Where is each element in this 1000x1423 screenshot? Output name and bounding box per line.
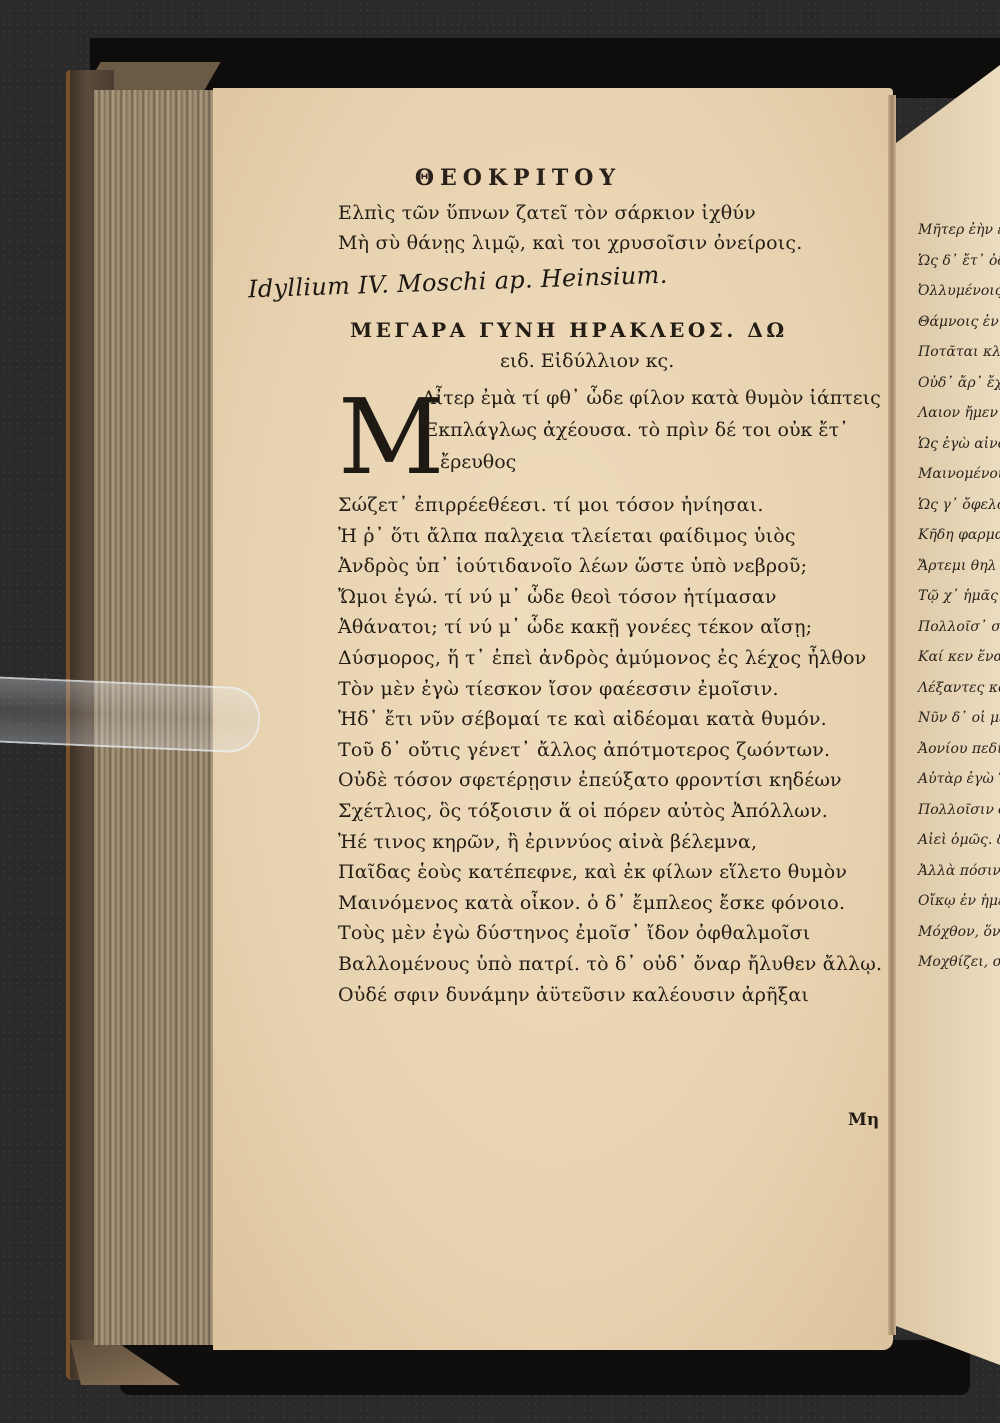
- facing-line: Οὐδ᾽ ἄρ᾽ ἔχει: [918, 368, 1000, 399]
- page-holder-strip: [0, 676, 261, 754]
- facing-line: Μόχθον, ὅν ὤθ: [918, 917, 1000, 948]
- facing-page: Μῆτερ ἐὴν ἐπεὶ Ὡς δ᾽ ἔτ᾽ ὀδύρε Ὀλλυμένοι…: [896, 65, 1000, 1365]
- top-verse-lines: Ελπὶς τῶν ὕπνων ζατεῖ τὸν σάρκιον ἰχθύν …: [338, 198, 898, 258]
- facing-line: Μῆτερ ἐὴν ἐπεὶ: [918, 215, 1000, 246]
- facing-line: Ὀλλυμένοις, ὅ: [918, 276, 1000, 307]
- facing-line: Μοχθίζει, στέρνης: [918, 947, 1000, 978]
- verse-line: Τοῦ δ᾽ οὔτις γένετ᾽ ἄλλος ἀπότμοτερος ζω…: [338, 735, 898, 766]
- idyll-title: ΜΕΓΑΡΑ ΓΥΝΗ ΗΡΑΚΛΕΟΣ. ΔΩ: [350, 318, 788, 342]
- facing-line: Ἀονίου πεδίοιο: [918, 734, 1000, 765]
- facing-line: Οἴκῳ ἐν ἡμετέρ: [918, 886, 1000, 917]
- facing-line: Ἄρτεμι θηλ: [918, 551, 1000, 582]
- verse-line: Ελπὶς τῶν ὕπνων ζατεῖ τὸν σάρκιον ἰχθύν: [338, 198, 898, 228]
- verse-line: Σώζετ᾽ ἐπιρρέεθέεσι. τί μοι τόσον ἠνίησα…: [338, 490, 898, 521]
- facing-line: Λέξαντες κατ: [918, 673, 1000, 704]
- facing-line: Αἰεὶ ὁμῶς. δα: [918, 825, 1000, 856]
- verse-line: Ἠ ῥ᾽ ὅτι ἄλπα παλχεια τλείεται φαίδιμος …: [338, 521, 898, 552]
- verse-line: Σχέτλιος, ὃς τόξοισιν ἅ οἱ πόρεν αὐτὸς Ἀ…: [338, 796, 898, 827]
- verse-line: Μὴ σὺ θάνῃς λιμῷ, καὶ τοι χρυσοῖσιν ὀνεί…: [338, 228, 898, 258]
- facing-line: Τῷ χ᾽ ἡμᾶς: [918, 581, 1000, 612]
- facing-line: Νῦν δ᾽ οἱ μὲν: [918, 703, 1000, 734]
- running-head: ΘΕΟΚΡΙΤΟΥ: [213, 165, 823, 191]
- verse-line: Ἀθάνατοι; τί νύ μ᾽ ὧδε κακῇ γονέες τέκον…: [338, 612, 898, 643]
- verse-line: Ἠδ᾽ ἔτι νῦν σέβομαί τε καὶ αἰδέομαι κατὰ…: [338, 704, 898, 735]
- facing-line: Κῆδη φαρμα: [918, 520, 1000, 551]
- facing-line: Ποτᾶται κλα: [918, 337, 1000, 368]
- verse-line: Οὐδὲ τόσον σφετέρῃσιν ἐπεύξατο φροντίσι …: [338, 765, 898, 796]
- verse-line: Τὸν μὲν ἐγὼ τίεσκον ἴσον φαέεσσιν ἐμοῖσι…: [338, 674, 898, 705]
- facing-line: Ἀλλὰ πόσιν μ: [918, 856, 1000, 887]
- facing-line: Ὡς γ᾽ ὄφελον: [918, 490, 1000, 521]
- verse-line: Ἀνδρὸς ὑπ᾽ ἰούτιδανοῖο λέων ὥστε ὑπὸ νεβ…: [338, 551, 898, 582]
- verse-line: Ἠέ τινος κηρῶν, ἢ ἐριννύος αἰνὰ βέλεμνα,: [338, 827, 898, 858]
- facing-line: Λαιον ἤμεν μ: [918, 398, 1000, 429]
- idyll-subtitle: ειδ. Εἰδύλλιον κς.: [500, 350, 674, 372]
- verse-line: Ἐκπλάγλως ἀχέουσα. τὸ πρὶν δέ τοι οὐκ ἔτ…: [422, 414, 882, 446]
- verse-line: Αἶτερ ἐμὰ τί φθ᾽ ὧδε φίλον κατὰ θυμὸν ἰά…: [422, 382, 882, 414]
- body-verse-lines: Σώζετ᾽ ἐπιρρέεθέεσι. τί μοι τόσον ἠνίησα…: [338, 490, 898, 1010]
- catchword: Μη: [848, 1110, 879, 1130]
- facing-line: Ὡς δ᾽ ἔτ᾽ ὀδύρε: [918, 246, 1000, 277]
- facing-line: Πολλοῖσ᾽ σὺν: [918, 612, 1000, 643]
- opening-verse-lines: Αἶτερ ἐμὰ τί φθ᾽ ὧδε φίλον κατὰ θυμὸν ἰά…: [422, 382, 882, 478]
- verse-line: Ὤμοι ἐγώ. τί νύ μ᾽ ὧδε θεοὶ τόσον ἠτίμασ…: [338, 582, 898, 613]
- verse-line: Τοὺς μὲν ἐγὼ δύστηνος ἐμοῖσ᾽ ἴδον ὀφθαλμ…: [338, 918, 898, 949]
- verse-line: Δύσμορος, ἥ τ᾽ ἐπεὶ ἀνδρὸς ἀμύμονος ἐς λ…: [338, 643, 898, 674]
- facing-line: Θάμνοις ἐν πε: [918, 307, 1000, 338]
- verse-line: Παῖδας ἑοὺς κατέπεφνε, καὶ ἐκ φίλων εἵλε…: [338, 857, 898, 888]
- verse-line: Βαλλομένους ὑπὸ πατρί. τὸ δ᾽ οὐδ᾽ ὄναρ ἤ…: [338, 949, 898, 980]
- facing-line: Αὐτὰρ ἐγὼ Τίρ: [918, 764, 1000, 795]
- verse-line: ἔρευθος: [422, 446, 882, 478]
- facing-line: Καί κεν ἕνα γ: [918, 642, 1000, 673]
- facing-page-text: Μῆτερ ἐὴν ἐπεὶ Ὡς δ᾽ ἔτ᾽ ὀδύρε Ὀλλυμένοι…: [918, 215, 1000, 978]
- facing-line: Πολλοῖσιν δ᾽ ὀσ: [918, 795, 1000, 826]
- verse-line: Οὐδέ σφιν δυνάμην ἀϋτεῦσιν καλέουσιν ἀρῆ…: [338, 980, 898, 1011]
- facing-line: Μαινομένοισι: [918, 459, 1000, 490]
- facing-line: Ὡς ἐγὼ αἰνοτ: [918, 429, 1000, 460]
- verse-line: Μαινόμενος κατὰ οἶκον. ὁ δ᾽ ἔμπλεος ἔσκε…: [338, 888, 898, 919]
